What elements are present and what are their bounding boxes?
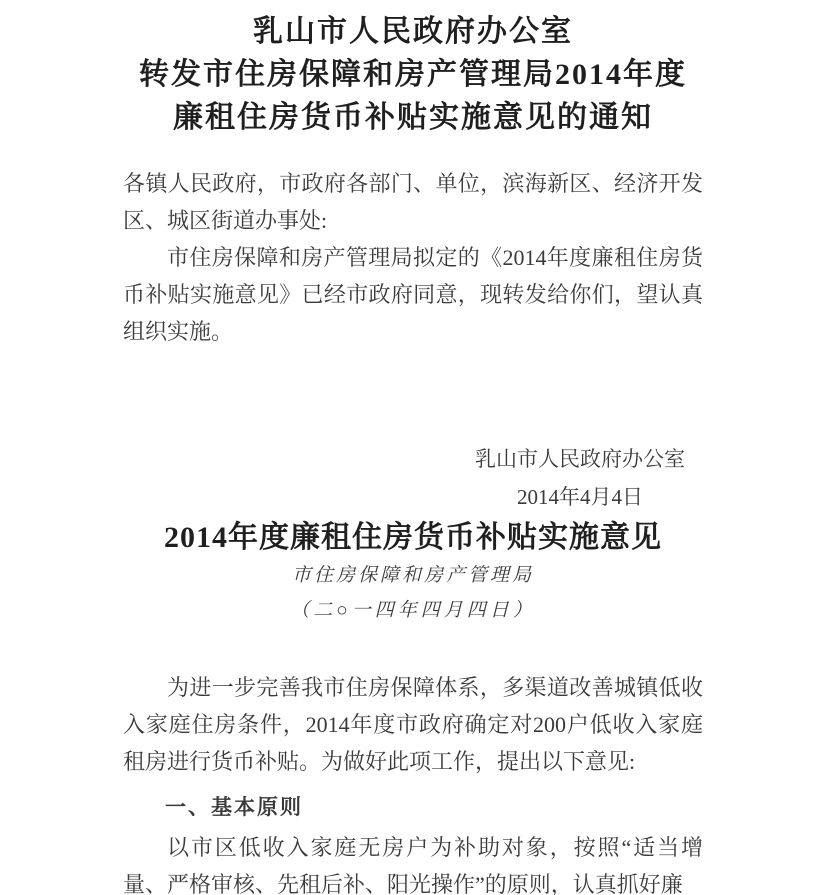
notice-paragraph: 市住房保障和房产管理局拟定的《2014年度廉租住房货币补贴实施意见》已经市政府同… [123,239,703,350]
notice-title: 乳山市人民政府办公室 转发市住房保障和房产管理局2014年度 廉租住房货币补贴实… [123,10,703,139]
opinion-issue-date: （二○一四年四月四日） [123,596,703,626]
document-page: 乳山市人民政府办公室 转发市住房保障和房产管理局2014年度 廉租住房货币补贴实… [0,0,827,895]
opinion-title: 2014年度廉租住房货币补贴实施意见 [123,518,703,558]
notice-title-line-1: 乳山市人民政府办公室 [123,10,703,53]
opinion-body: 为进一步完善我市住房保障体系，多渠道改善城镇低收入家庭住房条件，2014年度市政… [123,669,703,895]
signature-org: 乳山市人民政府办公室 [475,440,685,478]
opinion-section1-heading: 一、基本原则 [123,794,703,822]
opinion-intro-paragraph: 为进一步完善我市住房保障体系，多渠道改善城镇低收入家庭住房条件，2014年度市政… [123,669,703,780]
signature-block: 乳山市人民政府办公室 2014年4月4日 [475,440,685,516]
notice-title-line-2: 转发市住房保障和房产管理局2014年度 [123,53,703,96]
notice-title-line-3: 廉租住房货币补贴实施意见的通知 [123,96,703,139]
opinion-issuing-org: 市住房保障和房产管理局 [123,561,703,591]
notice-salutation: 各镇人民政府，市政府各部门、单位，滨海新区、经济开发区、城区街道办事处: [123,165,703,239]
opinion-section1-paragraph: 以市区低收入家庭无房户为补助对象，按照“适当增量、严格审核、先租后补、阳光操作”… [123,829,703,895]
signature-date: 2014年4月4日 [475,478,685,516]
notice-body: 各镇人民政府，市政府各部门、单位，滨海新区、经济开发区、城区街道办事处: 市住房… [123,165,703,350]
